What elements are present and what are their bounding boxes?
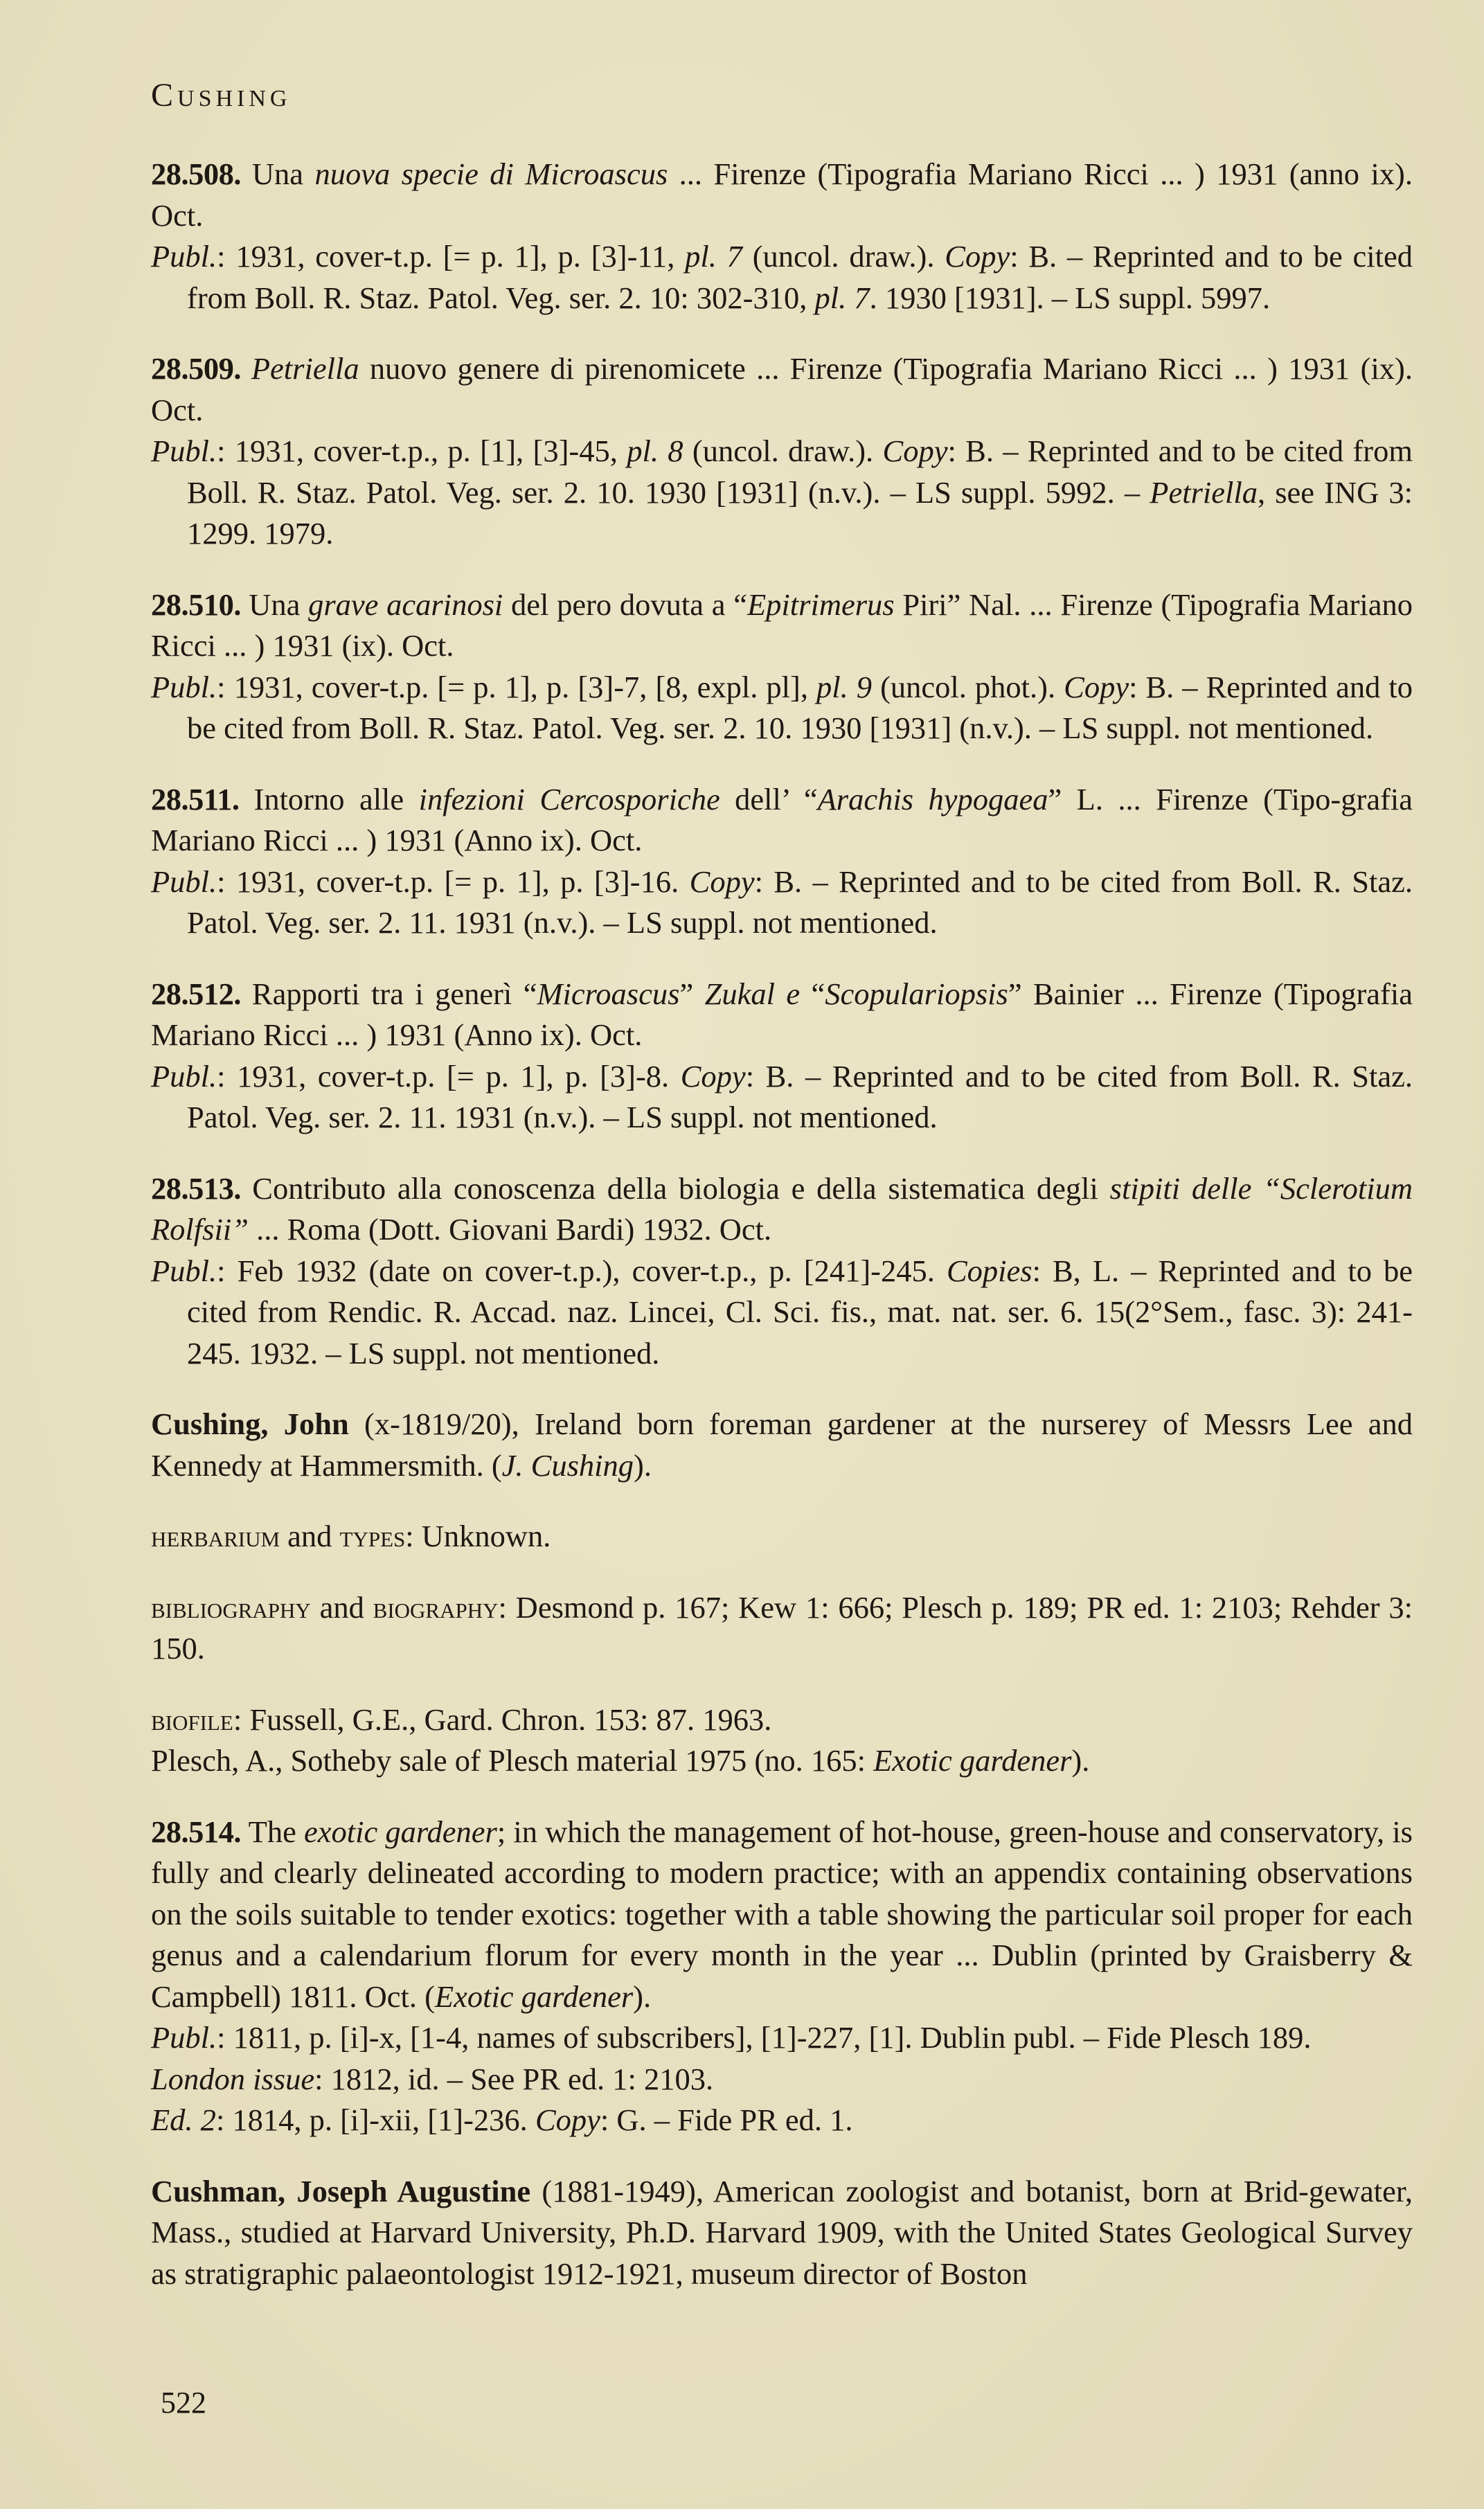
person-name: Cushman, Joseph Augustine xyxy=(151,2174,530,2208)
text: ). xyxy=(1071,1743,1089,1778)
entry-number: 28.513. xyxy=(151,1171,252,1206)
text: Plesch, A., Sotheby sale of Plesch mater… xyxy=(151,1743,873,1778)
italic-text: infezioni Cercosporiche xyxy=(419,782,720,816)
text: : 1814, p. [i]-xii, [1]-236. xyxy=(216,2102,535,2137)
section-label: Bibliography xyxy=(151,1590,311,1625)
biography-section: Cushing, John (x-1819/20), Ireland born … xyxy=(151,1404,1413,1486)
text: : 1931, cover-t.p., p. [1], [3]-45, xyxy=(217,434,627,468)
entry-heading: 28.513. Contributo alla conoscenza della… xyxy=(151,1168,1413,1251)
entry-heading: Cushman, Joseph Augustine (1881-1949), A… xyxy=(151,2171,1413,2295)
text: : 1931, cover-t.p. [= p. 1], p. [3]-16. xyxy=(217,864,689,899)
italic-text: Publ. xyxy=(151,1059,217,1093)
italic-text: Copy xyxy=(535,2102,600,2137)
entry-detail: Plesch, A., Sotheby sale of Plesch mater… xyxy=(151,1740,1413,1782)
entry-detail: Publ.: 1811, p. [i]-x, [1-4, names of su… xyxy=(151,2017,1413,2059)
catalog-entry: 28.514. The exotic gardener; in which th… xyxy=(151,1812,1413,2141)
italic-text: Publ. xyxy=(151,239,217,274)
italic-text: Publ. xyxy=(151,1253,217,1288)
catalog-entry: 28.513. Contributo alla conoscenza della… xyxy=(151,1168,1413,1375)
catalog-entry: 28.511. Intorno alle infezioni Cercospor… xyxy=(151,779,1413,944)
entry-heading: 28.512. Rapporti tra i generì “Microascu… xyxy=(151,974,1413,1056)
entry-detail: Publ.: 1931, cover-t.p. [= p. 1], p. [3]… xyxy=(151,861,1413,944)
biography-section: Biofile: Fussell, G.E., Gard. Chron. 153… xyxy=(151,1699,1413,1782)
section-label: Biofile xyxy=(151,1702,233,1737)
text: (uncol. phot.). xyxy=(872,670,1064,704)
text: : 1931, cover-t.p. [= p. 1], p. [3]-7, [… xyxy=(217,670,816,704)
text: ). xyxy=(633,1979,651,2014)
entry-detail: Publ.: Feb 1932 (date on cover-t.p.), co… xyxy=(151,1251,1413,1375)
biography-section: Cushman, Joseph Augustine (1881-1949), A… xyxy=(151,2171,1413,2295)
italic-text: Copies xyxy=(947,1253,1032,1288)
catalog-entry: 28.508. Una nuova specie di Microascus .… xyxy=(151,154,1413,319)
text: Una xyxy=(252,157,315,191)
entry-detail: Publ.: 1931, cover-t.p. [= p. 1], p. [3]… xyxy=(151,236,1413,319)
text: : 1812, id. – See PR ed. 1: 2103. xyxy=(314,2062,713,2096)
italic-text: Exotic gardener xyxy=(435,1979,633,2014)
text: : Fussell, G.E., Gard. Chron. 153: 87. 1… xyxy=(233,1702,772,1737)
text: : Unknown. xyxy=(405,1519,551,1553)
italic-text: grave acarinosi xyxy=(308,587,503,622)
italic-text: Arachis hypogaea xyxy=(818,782,1048,816)
italic-text: exotic gardener xyxy=(304,1814,497,1849)
running-head: Cushing xyxy=(151,75,291,116)
text: . 1930 [1931]. – LS suppl. 5997. xyxy=(870,280,1271,315)
entry-detail: Ed. 2: 1814, p. [i]-xii, [1]-236. Copy: … xyxy=(151,2100,1413,2141)
italic-text: nuova specie di Microascus xyxy=(314,157,668,191)
text: del pero dovuta a “ xyxy=(503,587,747,622)
italic-text: Exotic gardener xyxy=(873,1743,1071,1778)
person-name: Cushing, John xyxy=(151,1407,349,1441)
catalog-entry: 28.512. Rapporti tra i generì “Microascu… xyxy=(151,974,1413,1139)
text: : G. – Fide PR ed. 1. xyxy=(600,2102,853,2137)
italic-text: Publ. xyxy=(151,864,217,899)
italic-text: Scopulariopsis xyxy=(825,976,1008,1011)
text: (uncol. draw.). xyxy=(683,434,883,468)
italic-text: Epitrimerus xyxy=(747,587,895,622)
italic-text: pl. 9 xyxy=(816,670,872,704)
entry-detail: Publ.: 1931, cover-t.p. [= p. 1], p. [3]… xyxy=(151,1056,1413,1139)
text-column: 28.508. Una nuova specie di Microascus .… xyxy=(151,154,1413,2324)
italic-text: J. Cushing xyxy=(502,1448,634,1483)
italic-text: London issue xyxy=(151,2062,314,2096)
entry-heading: 28.509. Petriella nuovo genere di pireno… xyxy=(151,348,1413,431)
entry-detail: Publ.: 1931, cover-t.p. [= p. 1], p. [3]… xyxy=(151,667,1413,749)
text: : 1811, p. [i]-x, [1-4, names of subscri… xyxy=(217,2020,1311,2055)
entry-heading: Biofile: Fussell, G.E., Gard. Chron. 153… xyxy=(151,1699,1413,1741)
text: ). xyxy=(634,1448,652,1483)
entry-heading: 28.511. Intorno alle infezioni Cercospor… xyxy=(151,779,1413,861)
entry-number: 28.511. xyxy=(151,782,254,816)
italic-text: pl. 8 xyxy=(627,434,683,468)
text: The xyxy=(249,1814,304,1849)
italic-text: Copy xyxy=(690,864,755,899)
text: (uncol. draw.). xyxy=(742,239,945,274)
entry-heading: 28.514. The exotic gardener; in which th… xyxy=(151,1812,1413,2018)
italic-text: Publ. xyxy=(151,434,217,468)
text: : 1931, cover-t.p. [= p. 1], p. [3]-11, xyxy=(217,239,685,274)
entry-heading: Herbarium and Types: Unknown. xyxy=(151,1516,1413,1557)
text: Contributo alla conoscenza della biologi… xyxy=(252,1171,1109,1206)
biography-section: Bibliography and Biography: Desmond p. 1… xyxy=(151,1587,1413,1670)
italic-text: Zukal e xyxy=(705,976,801,1011)
italic-text: Petriella xyxy=(251,351,359,386)
book-page: Cushing 28.508. Una nuova specie di Micr… xyxy=(0,0,1484,2509)
entry-heading: Cushing, John (x-1819/20), Ireland born … xyxy=(151,1404,1413,1486)
italic-text: Publ. xyxy=(151,2020,217,2055)
italic-text: pl. 7 xyxy=(685,239,742,274)
entry-number: 28.512. xyxy=(151,976,252,1011)
italic-text: Microascus xyxy=(537,976,679,1011)
section-label: Biography xyxy=(373,1590,499,1625)
section-label: Herbarium xyxy=(151,1519,280,1553)
text: Una xyxy=(249,587,308,622)
entry-heading: Bibliography and Biography: Desmond p. 1… xyxy=(151,1587,1413,1670)
entry-number: 28.510. xyxy=(151,587,249,622)
italic-text: Publ. xyxy=(151,670,217,704)
entry-number: 28.509. xyxy=(151,351,251,386)
catalog-entry: 28.510. Una grave acarinosi del pero dov… xyxy=(151,584,1413,749)
text: dell’ “ xyxy=(720,782,818,816)
text: “ xyxy=(800,976,825,1011)
text: : 1931, cover-t.p. [= p. 1], p. [3]-8. xyxy=(217,1059,681,1093)
text: Rapporti tra i generì “ xyxy=(252,976,537,1011)
entry-detail: Publ.: 1931, cover-t.p., p. [1], [3]-45,… xyxy=(151,431,1413,555)
page-number: 522 xyxy=(161,2382,206,2424)
text: Intorno alle xyxy=(254,782,419,816)
italic-text: pl. 7 xyxy=(814,280,869,315)
italic-text: Copy xyxy=(1064,670,1129,704)
entry-heading: 28.508. Una nuova specie di Microascus .… xyxy=(151,154,1413,236)
text: and xyxy=(311,1590,373,1625)
catalog-entry: 28.509. Petriella nuovo genere di pireno… xyxy=(151,348,1413,555)
italic-text: Copy xyxy=(945,239,1010,274)
italic-text: Petriella xyxy=(1150,475,1258,510)
entry-heading: 28.510. Una grave acarinosi del pero dov… xyxy=(151,584,1413,667)
section-label: Types xyxy=(340,1519,406,1553)
italic-text: Copy xyxy=(883,434,948,468)
text: ” xyxy=(679,976,704,1011)
text: and xyxy=(280,1519,340,1553)
entry-number: 28.508. xyxy=(151,157,252,191)
italic-text: Copy xyxy=(681,1059,746,1093)
text: : Feb 1932 (date on cover-t.p.), cover-t… xyxy=(217,1253,947,1288)
text: ... Roma (Dott. Giovani Bardi) 1932. Oct… xyxy=(249,1212,771,1247)
entry-number: 28.514. xyxy=(151,1814,249,1849)
biography-section: Herbarium and Types: Unknown. xyxy=(151,1516,1413,1557)
italic-text: Ed. 2 xyxy=(151,2102,216,2137)
entry-detail: London issue: 1812, id. – See PR ed. 1: … xyxy=(151,2059,1413,2100)
